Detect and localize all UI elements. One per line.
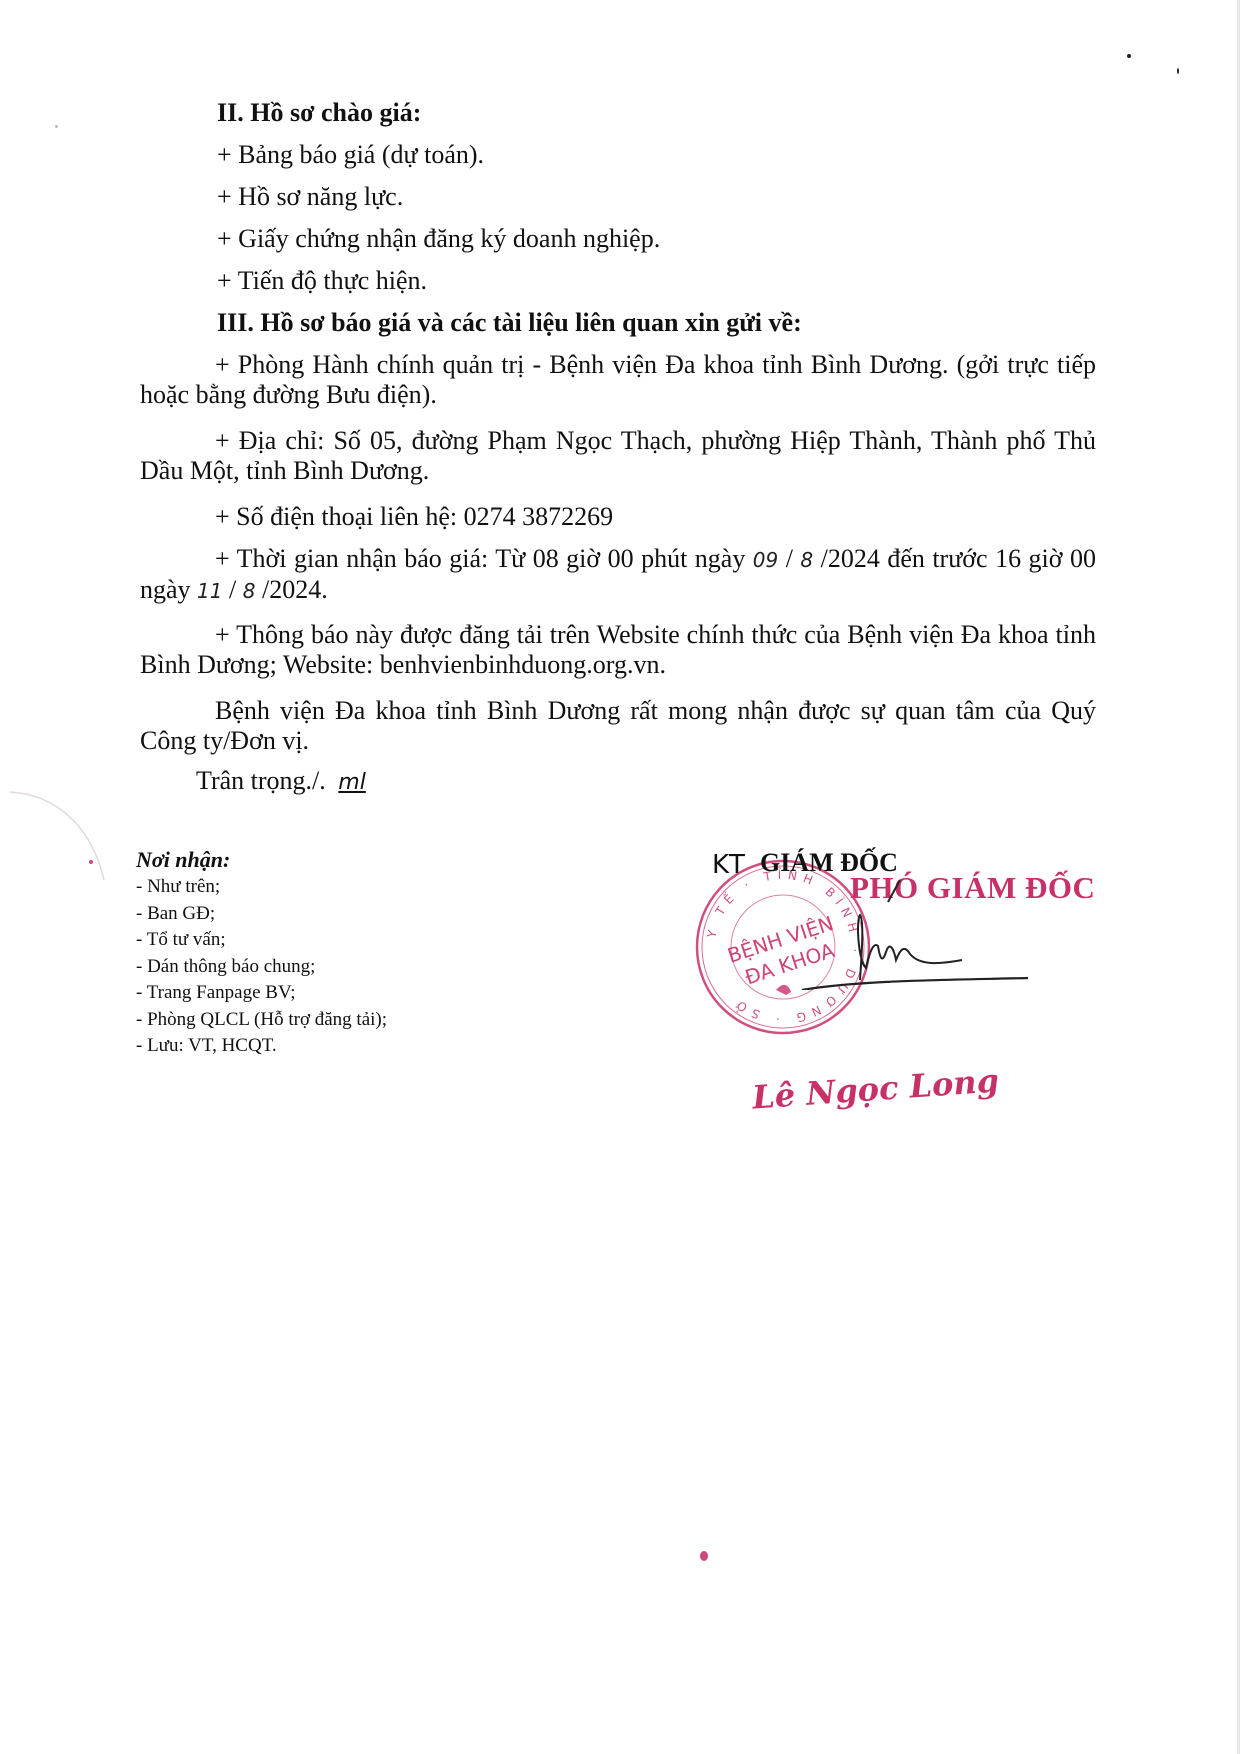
phone-line: + Số điện thoại liên hệ: 0274 3872269: [215, 502, 613, 532]
date-separator: /: [223, 575, 243, 604]
handwritten-end-day: 11: [197, 579, 222, 603]
document-page: II. Hồ sơ chào giá: + Bảng báo giá (dự t…: [0, 0, 1240, 1754]
website-text: + Thông báo này được đăng tải trên Websi…: [140, 620, 1096, 679]
handwritten-start-month: 8: [800, 548, 813, 572]
date-separator: /: [778, 544, 800, 573]
regards-text: Trân trọng./.: [196, 766, 326, 795]
recipient-item: - Ban GĐ;: [136, 901, 387, 928]
appreciation-paragraph: Bệnh viện Đa khoa tỉnh Bình Dương rất mo…: [140, 696, 1096, 756]
recipient-office-paragraph: + Phòng Hành chính quản trị - Bệnh viện …: [140, 350, 1096, 410]
recipient-item: - Lưu: VT, HCQT.: [136, 1033, 387, 1060]
section-ii-heading: II. Hồ sơ chào giá:: [217, 98, 421, 128]
faint-stamp-bleed-icon: [0, 770, 120, 890]
recipient-item: - Dán thông báo chung;: [136, 954, 387, 981]
scan-speck: [55, 125, 58, 128]
handwritten-signature-icon: [770, 880, 1030, 990]
recipient-office-text: + Phòng Hành chính quản trị - Bệnh viện …: [140, 350, 1096, 409]
address-text: + Địa chỉ: Số 05, đường Phạm Ngọc Thạch,…: [140, 426, 1096, 485]
section-ii-item: + Hồ sơ năng lực.: [217, 182, 403, 212]
section-iii-heading: III. Hồ sơ báo giá và các tài liệu liên …: [217, 308, 802, 338]
regards-line: Trân trọng./. ml: [196, 766, 366, 798]
scan-speck: [1177, 68, 1179, 74]
kt-prefix: KT: [712, 850, 747, 880]
address-paragraph: + Địa chỉ: Số 05, đường Phạm Ngọc Thạch,…: [140, 426, 1096, 486]
initials-mark: ml: [338, 770, 366, 795]
recipient-item: - Trang Fanpage BV;: [136, 980, 387, 1007]
recipient-item: - Tổ tư vấn;: [136, 927, 387, 954]
time-paragraph: + Thời gian nhận báo giá: Từ 08 giờ 00 p…: [140, 544, 1096, 606]
handwritten-start-day: 09: [753, 548, 778, 572]
time-suffix: /2024.: [255, 575, 327, 604]
scan-speck: [700, 1551, 708, 1561]
recipients-title: Nơi nhận:: [136, 846, 387, 874]
time-prefix: + Thời gian nhận báo giá: Từ 08 giờ 00 p…: [215, 544, 753, 573]
section-ii-item: + Giấy chứng nhận đăng ký doanh nghiệp.: [217, 224, 660, 254]
scan-speck: [1127, 54, 1131, 58]
section-ii-item: + Tiến độ thực hiện.: [217, 266, 427, 296]
recipient-item: - Như trên;: [136, 874, 387, 901]
appreciation-text: Bệnh viện Đa khoa tỉnh Bình Dương rất mo…: [140, 696, 1096, 755]
recipient-item: - Phòng QLCL (Hỗ trợ đăng tải);: [136, 1007, 387, 1034]
handwritten-end-month: 8: [243, 579, 256, 603]
website-paragraph: + Thông báo này được đăng tải trên Websi…: [140, 620, 1096, 680]
recipients-block: Nơi nhận: - Như trên; - Ban GĐ; - Tổ tư …: [136, 846, 387, 1060]
section-ii-item: + Bảng báo giá (dự toán).: [217, 140, 484, 170]
signer-name: Lê Ngọc Long: [751, 1061, 1000, 1116]
